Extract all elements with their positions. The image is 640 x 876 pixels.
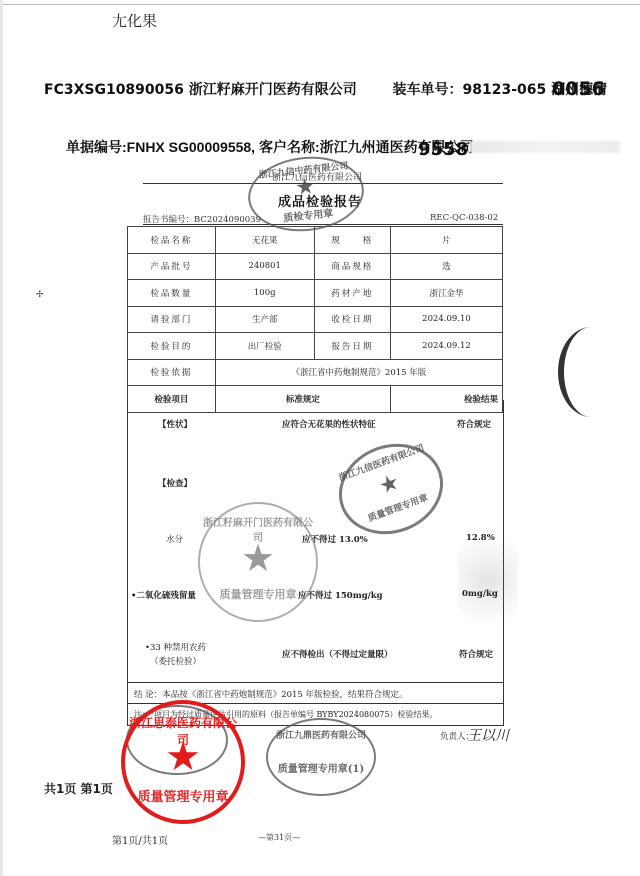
- info-value: 选: [390, 253, 502, 280]
- info-row: 请验部门生产部收检日期2024.09.10: [128, 306, 503, 333]
- info-label: 报告日期: [314, 333, 390, 360]
- supplier-name: 浙江籽麻开门医药有限公司: [189, 82, 357, 98]
- scan-edge-top: [0, 4, 640, 5]
- page-center-number: —第31页—: [258, 832, 300, 843]
- info-value: 240801: [215, 253, 314, 280]
- test-item: •二氧化硫残留量: [131, 589, 196, 601]
- info-row: 检品名称无花果规 格片: [128, 227, 503, 254]
- info-row: 检品数量100g药材产地浙江金华: [128, 280, 503, 307]
- stamp-quality-management-1: 浙江九鼎医药有限公司 质量管理专用章(1): [266, 718, 376, 796]
- test-result: 12.8%: [466, 533, 495, 543]
- divider: [128, 682, 503, 683]
- info-label: 检品名称: [128, 227, 216, 254]
- test-result: 0mg/kg: [462, 589, 498, 599]
- doc-code: FC3XSG10890056: [44, 82, 184, 98]
- shipping-short-number: 0056: [552, 78, 605, 100]
- info-value: 生产部: [215, 306, 314, 333]
- info-value: 片: [390, 227, 502, 254]
- info-label: 请验部门: [128, 306, 216, 333]
- loading-label: 装车单号：: [393, 82, 463, 98]
- info-row: 检验目的出厂检验报告日期2024.09.12: [128, 333, 503, 360]
- info-label: 规 格: [314, 227, 390, 254]
- info-label: 药材产地: [314, 280, 390, 307]
- info-label: 收检日期: [314, 306, 390, 333]
- info-value: 100g: [215, 280, 314, 307]
- scan-speck: ✢: [36, 290, 44, 300]
- star-icon: ★: [200, 536, 316, 580]
- info-label: 检品数量: [128, 280, 216, 307]
- info-row: 产品批号240801商品规格选: [128, 253, 503, 280]
- info-label: 产品批号: [128, 253, 216, 280]
- test-standard: 应符合无花果的性状特征: [282, 418, 376, 430]
- bill-short-number: 9558: [418, 139, 468, 160]
- test-item: 【性状】: [158, 418, 192, 430]
- info-label: 商品规格: [314, 253, 390, 280]
- info-value: 2024.09.12: [390, 333, 502, 360]
- scan-edge-left: [0, 0, 3, 876]
- basis-row: 检验依据《浙江省中药炮制规范》2015 年版: [128, 359, 503, 386]
- star-icon: ★: [125, 734, 241, 780]
- stamp-supplier-quality: 浙江籽麻开门医药有限公司 ★ 质量管理专用章: [198, 502, 318, 622]
- report-info-table: 检品名称无花果规 格片产品批号240801商品规格选检品数量100g药材产地浙江…: [127, 226, 503, 413]
- test-standard: 应不得检出（不得过定量限）: [282, 648, 393, 660]
- page-count-left: 共1页 第1页: [44, 780, 113, 797]
- loading-number: 98123-065: [463, 82, 547, 98]
- test-item: •33 种禁用农药: [145, 641, 206, 653]
- test-item: 水分: [166, 533, 183, 545]
- scan-artifact-arc: [558, 327, 624, 417]
- info-label: 检验目的: [128, 333, 216, 360]
- basis-value: 《浙江省中药炮制规范》2015 年版: [215, 359, 502, 386]
- basis-label: 检验依据: [128, 359, 216, 386]
- info-value: 浙江金华: [390, 280, 502, 307]
- test-result: 符合规定: [459, 648, 493, 660]
- conclusion: 结 论：本品按《浙江省中药炮制规范》2015 年版检验，结果符合规定。: [134, 688, 408, 700]
- form-code: REC-QC-038-02: [430, 213, 498, 223]
- info-value: 2024.09.10: [390, 306, 502, 333]
- shipping-header: FC3XSG10890056 浙江籽麻开门医药有限公司 装车单号：98123-0…: [44, 79, 607, 99]
- stamp-red-quality: 浙江思泰医药有限公司 ★ 质量管理专用章: [121, 700, 245, 824]
- page-indicator: 第1页/共1页: [112, 832, 168, 847]
- info-value: 出厂检验: [215, 333, 314, 360]
- bill-info: 单据编号:FNHX SG00009558, 客户名称:浙江九州通医药有限公司: [66, 137, 474, 157]
- test-result: 符合规定: [457, 418, 491, 430]
- signature: 王以川: [467, 725, 509, 745]
- redacted-text: [470, 141, 620, 153]
- test-item-sub: （委托检验）: [150, 655, 201, 667]
- test-item: 【检查】: [158, 477, 192, 489]
- handwritten-product-name: 尢化果: [112, 10, 157, 31]
